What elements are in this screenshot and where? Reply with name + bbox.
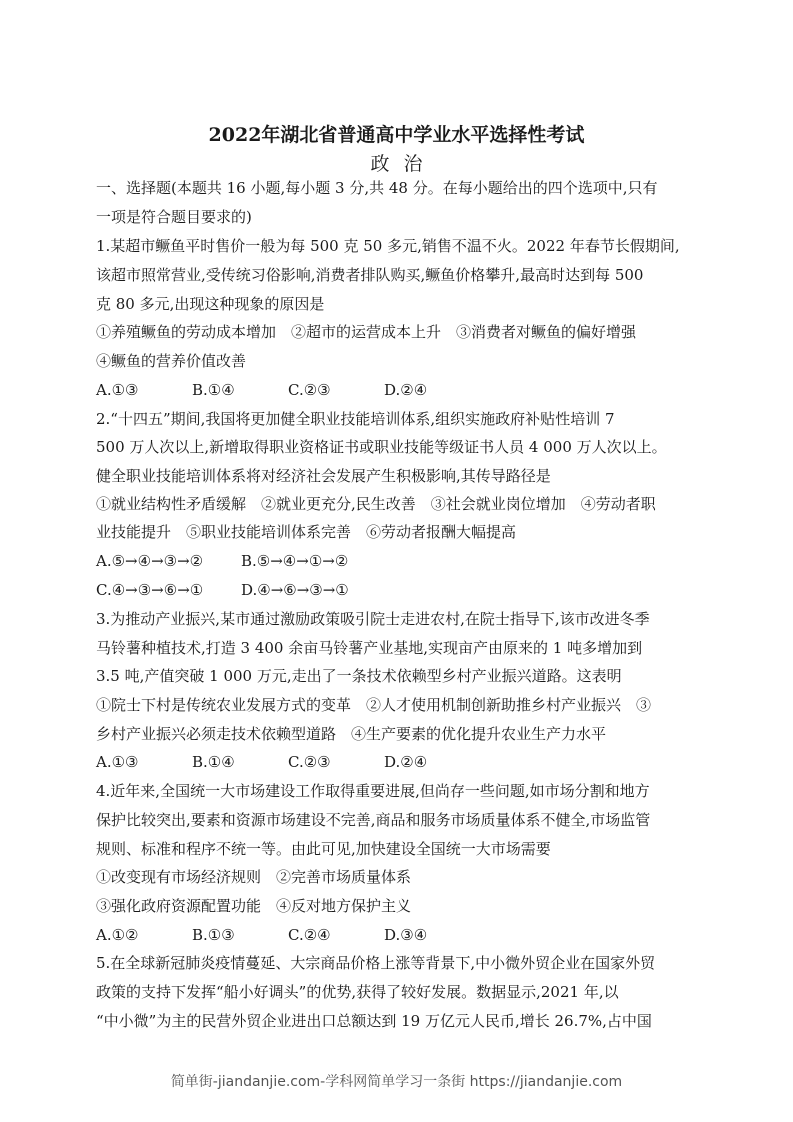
option-b[interactable]: B.①④	[192, 380, 288, 400]
option-a[interactable]: A.①③	[96, 752, 192, 772]
question-1-statements: ④鳜鱼的营养价值改善	[96, 351, 706, 371]
question-1-line: 克 80 多元,出现这种现象的原因是	[96, 294, 706, 314]
watermark-footer: 简单街-jiandanjie.com-学科网简单学习一条街 https://ji…	[0, 1071, 793, 1091]
question-3-line: 马铃薯种植技术,打造 3 400 余亩马铃薯产业基地,实现亩产由原来的 1 吨多…	[96, 638, 706, 658]
question-2-statements: ①就业结构性矛盾缓解 ②就业更充分,民生改善 ③社会就业岗位增加 ④劳动者职	[96, 494, 706, 514]
question-5-line: 政策的支持下发挥“船小好调头”的优势,获得了较好发展。数据显示,2021 年,以	[96, 982, 706, 1002]
question-3-line: 3.为推动产业振兴,某市通过激励政策吸引院士走进农村,在院士指导下,该市改进冬季	[96, 609, 706, 629]
option-c[interactable]: C.②③	[288, 380, 384, 400]
question-2-statements: 业技能提升 ⑤职业技能培训体系完善 ⑥劳动者报酬大幅提高	[96, 522, 706, 542]
option-a[interactable]: A.①③	[96, 380, 192, 400]
question-5-line: 5.在全球新冠肺炎疫情蔓延、大宗商品价格上涨等背景下,中小微外贸企业在国家外贸	[96, 953, 706, 973]
exam-title: 2022年湖北省普通高中学业水平选择性考试	[0, 120, 793, 147]
question-1-statements: ①养殖鳜鱼的劳动成本增加 ②超市的运营成本上升 ③消费者对鳜鱼的偏好增强	[96, 322, 706, 342]
question-3-options: A.①③B.①④C.②③D.②④	[96, 752, 480, 772]
question-2-line: 健全职业技能培训体系将对经济社会发展产生积极影响,其传导路径是	[96, 466, 706, 486]
option-b[interactable]: B.①③	[192, 925, 288, 945]
option-c[interactable]: C.④→③→⑥→①	[96, 580, 241, 600]
option-b[interactable]: B.①④	[192, 752, 288, 772]
section-heading-cont: 一项是符合题目要求的)	[96, 207, 706, 227]
section-heading: 一、选择题(本题共 16 小题,每小题 3 分,共 48 分。在每小题给出的四个…	[96, 178, 706, 198]
question-2-line: 2.“十四五”期间,我国将更加健全职业技能培训体系,组织实施政府补贴性培训 7	[96, 409, 706, 429]
question-4-line: 4.近年来,全国统一大市场建设工作取得重要进展,但尚存一些问题,如市场分割和地方	[96, 781, 706, 801]
question-1-options: A.①③B.①④C.②③D.②④	[96, 380, 480, 400]
option-d[interactable]: D.②④	[384, 380, 480, 400]
option-b[interactable]: B.⑤→④→①→②	[241, 551, 348, 571]
question-3-line: 3.5 吨,产值突破 1 000 万元,走出了一条技术依赖型乡村产业振兴道路。这…	[96, 666, 706, 686]
question-1-line: 该超市照常营业,受传统习俗影响,消费者排队购买,鳜鱼价格攀升,最高时达到每 50…	[96, 265, 706, 285]
option-d[interactable]: D.②④	[384, 752, 480, 772]
question-1-line: 1.某超市鳜鱼平时售价一般为每 500 克 50 多元,销售不温不火。2022 …	[96, 236, 706, 256]
option-d[interactable]: D.④→⑥→③→①	[241, 580, 349, 600]
option-c[interactable]: C.②③	[288, 752, 384, 772]
exam-page: 2022年湖北省普通高中学业水平选择性考试 政治 一、选择题(本题共 16 小题…	[0, 0, 793, 1122]
question-3-statements: 乡村产业振兴必须走技术依赖型道路 ④生产要素的优化提升农业生产力水平	[96, 724, 706, 744]
option-a[interactable]: A.①②	[96, 925, 192, 945]
option-a[interactable]: A.⑤→④→③→②	[96, 551, 241, 571]
question-3-statements: ①院士下村是传统农业发展方式的变革 ②人才使用机制创新助推乡村产业振兴 ③	[96, 695, 706, 715]
question-4-line: 规则、标准和程序不统一等。由此可见,加快建设全国统一大市场需要	[96, 839, 706, 859]
exam-subject: 政治	[0, 149, 793, 176]
question-2-options-row1: A.⑤→④→③→②B.⑤→④→①→②	[96, 551, 348, 571]
question-5-line: “中小微”为主的民营外贸企业进出口总额达到 19 万亿元人民币,增长 26.7%…	[96, 1011, 706, 1031]
option-d[interactable]: D.③④	[384, 925, 480, 945]
question-2-options-row2: C.④→③→⑥→①D.④→⑥→③→①	[96, 580, 349, 600]
question-4-statements: ①改变现有市场经济规则 ②完善市场质量体系	[96, 867, 706, 887]
option-c[interactable]: C.②④	[288, 925, 384, 945]
question-4-line: 保护比较突出,要素和资源市场建设不完善,商品和服务市场质量体系不健全,市场监管	[96, 810, 706, 830]
question-2-line: 500 万人次以上,新增取得职业资格证书或职业技能等级证书人员 4 000 万人…	[96, 437, 706, 457]
question-4-statements: ③强化政府资源配置功能 ④反对地方保护主义	[96, 896, 706, 916]
question-4-options: A.①②B.①③C.②④D.③④	[96, 925, 480, 945]
